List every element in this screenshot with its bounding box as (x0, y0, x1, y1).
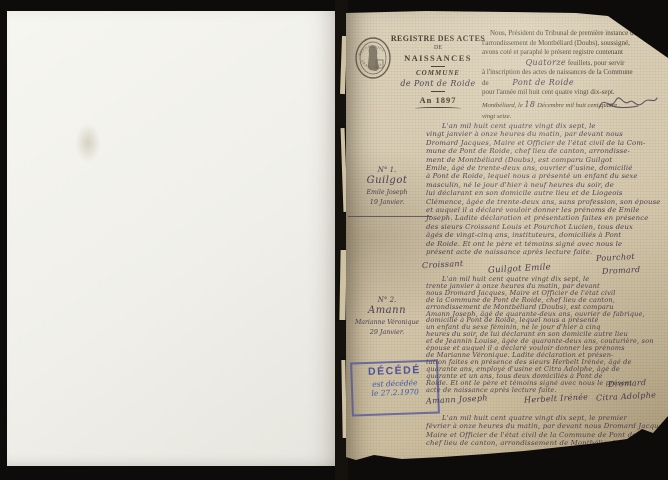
handwritten-line: masculin, né le jour d'hier à neuf heure… (426, 181, 668, 189)
divider (431, 91, 445, 92)
acte-number: N° 2. (350, 296, 424, 304)
acte-given-names: Emile Joseph (350, 189, 424, 196)
certification-line: Quatorze feuillets, pour servir (482, 58, 668, 69)
signature-father: Guilgot Emile (488, 262, 551, 275)
certification-text: de (482, 79, 489, 87)
handwritten-line: Maire et Officier de l'état civil de la … (426, 431, 668, 439)
certification-line: avons coté et paraphé le présent registr… (482, 48, 668, 58)
handwritten-line: chef lieu de canton, arrondissement de M… (426, 439, 668, 447)
certification-line: l'arrondissement de Montbéliard (Doubs),… (482, 39, 668, 49)
certification-line: Nous, Président du Tribunal de première … (482, 29, 668, 39)
acte-1-text: L'an mil huit cent quatre vingt dix sept… (426, 122, 668, 257)
acte-date: 19 Janvier. (350, 198, 424, 206)
certification-line: de Pont de Roide (482, 78, 668, 89)
acte-date: 29 Janvier. (350, 328, 424, 336)
handwritten-line: mune de Pont de Roide, chef lieu de cant… (426, 147, 668, 155)
certification-line: à l'inscription des actes de naissances … (482, 68, 668, 78)
handwritten-line: ment de Montbéliard (Doubs), est comparu… (426, 156, 668, 164)
handwritten-line: L'an mil huit cent quatre vingt dix sept… (426, 414, 668, 422)
decede-annotation: est décédée le 27.2.1970 (353, 378, 438, 399)
handwritten-line: Clémence, âgée de trente-deux ans, sans … (426, 198, 668, 206)
handwritten-line: de Roide. Et ont le père et témoins sign… (426, 240, 668, 248)
acte-given-names: Marianne Véronique (350, 319, 424, 326)
acte-number: N° 1. (350, 166, 424, 174)
handwritten-line: Joseph. Ladite déclaration et présentati… (426, 214, 668, 222)
blank-left-page (7, 11, 335, 466)
decede-annotation-line: le 27.2.1970 (353, 387, 437, 399)
handwritten-line: février à onze heures du matin, par deva… (426, 422, 668, 430)
handwritten-line: âgés de vingt-cinq ans, instituteurs, do… (426, 231, 668, 239)
margin-divider (348, 216, 432, 217)
certification-text: feuillets, pour servir (568, 59, 625, 67)
commune-name-handwritten: Pont de Roide (512, 78, 574, 87)
handwritten-line: lui déclarant en son domicile autre lieu… (426, 189, 668, 197)
register-title: REGISTRE DES ACTES (390, 34, 486, 43)
handwritten-line: Dromard Jacques, Maire et Officier de l'… (426, 139, 668, 147)
handwritten-line: à Pont de Roide, lequel nous a présenté … (426, 172, 668, 180)
commune-name-handwritten: de Pont de Roide (390, 79, 486, 88)
torn-paper-fragment (339, 250, 346, 320)
margin-note-acte-2: N° 2. Amann Marianne Véronique 29 Janvie… (350, 296, 424, 336)
president-signature (596, 90, 660, 121)
torn-paper-fragment (341, 360, 346, 438)
decorative-flourish (415, 107, 461, 110)
acte-surname: Guilgot (350, 175, 424, 186)
commune-label: COMMUNE (390, 69, 486, 77)
acte-2-text: L'an mil huit cent quatre vingt dix sept… (426, 276, 668, 393)
register-title-block: REGISTRE DES ACTES DE NAISSANCES COMMUNE… (390, 34, 486, 110)
signature-witness-1: Croissant (422, 259, 464, 270)
decede-stamp-label: DÉCÉDÉ (352, 364, 436, 379)
divider (431, 66, 445, 67)
paper-stain (75, 123, 101, 163)
date-day-handwritten: 18 (524, 100, 535, 109)
register-book-scan: RÉPUBLIQUE FRANÇAISE REGISTRE DES ACTES … (0, 0, 668, 480)
signature-witness-2: Pourchot (596, 252, 635, 263)
register-title-naissances: NAISSANCES (390, 53, 486, 63)
register-right-page: RÉPUBLIQUE FRANÇAISE REGISTRE DES ACTES … (346, 10, 668, 465)
signature-mayor: Dromard (602, 265, 641, 276)
torn-paper-fragment (340, 36, 347, 94)
handwritten-line: L'an mil huit cent quatre vingt dix sept… (426, 122, 668, 130)
register-title-de: DE (390, 45, 486, 51)
acte-3-text: L'an mil huit cent quatre vingt dix sept… (426, 414, 668, 447)
signature-witness-1: Herbelt Irénée (524, 392, 589, 404)
signature-father: Amann Joseph (426, 393, 488, 405)
handwritten-line: Emile, âgé de trente-deux ans, ouvrier d… (426, 164, 668, 172)
feuillet-count-handwritten: Quatorze (526, 58, 567, 67)
margin-note-acte-1: N° 1. Guilgot Emile Joseph 19 Janvier. (350, 166, 424, 206)
acte-surname: Amann (350, 305, 424, 316)
dateline-prefix: Montbéliard, le (482, 102, 523, 109)
handwritten-line: vingt janvier à onze heures du matin, pa… (426, 130, 668, 138)
handwritten-line: des sieurs Croissant Louis et Pourchot L… (426, 223, 668, 231)
register-year: An 1897 (390, 95, 486, 105)
signature-witness-2: Citra Adolphe (596, 390, 657, 402)
handwritten-line: et auquel il a déclaré vouloir donner le… (426, 206, 668, 214)
